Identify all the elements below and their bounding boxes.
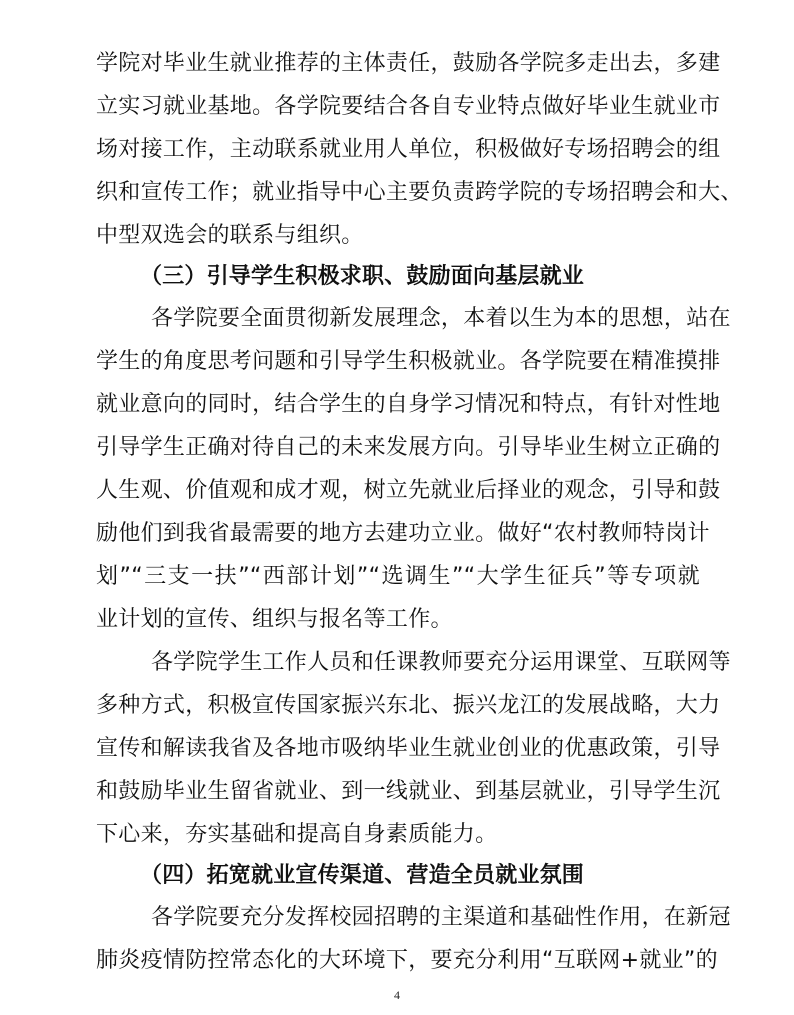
text-line: 多种方式，积极宣传国家振兴东北、振兴龙江的发展战略，大力 [96, 684, 700, 727]
text-line: 人生观、价值观和成才观，树立先就业后择业的观念，引导和鼓 [96, 469, 700, 512]
text-line: 引导学生正确对待自己的未来发展方向。引导毕业生树立正确的 [96, 426, 700, 469]
paragraph: 各学院学生工作人员和任课教师要充分运用课堂、互联网等 多种方式，积极宣传国家振兴… [96, 641, 700, 856]
text-line: 各学院要全面贯彻新发展理念，本着以生为本的思想，站在 [96, 297, 700, 340]
text-line: 就业意向的同时，结合学生的自身学习情况和特点，有针对性地 [96, 383, 700, 426]
section-heading: （三）引导学生积极求职、鼓励面向基层就业 [96, 257, 700, 297]
text-line: 划”“三支一扶”“西部计划”“选调生”“大学生征兵”等专项就 [96, 555, 700, 598]
page-number: 4 [0, 988, 794, 1003]
text-line: 宣传和解读我省及各地市吸纳毕业生就业创业的优惠政策，引导 [96, 727, 700, 770]
paragraph: 各学院要充分发挥校园招聘的主渠道和基础性作用，在新冠 肺炎疫情防控常态化的大环境… [96, 896, 700, 982]
text-line: 各学院要充分发挥校园招聘的主渠道和基础性作用，在新冠 [96, 896, 700, 939]
text-line: 励他们到我省最需要的地方去建功立业。做好“农村教师特岗计 [96, 512, 700, 555]
document-body: 学院对毕业生就业推荐的主体责任，鼓励各学院多走出去，多建 立实习就业基地。各学院… [96, 42, 700, 982]
text-line: 和鼓励毕业生留省就业、到一线就业、到基层就业，引导学生沉 [96, 770, 700, 813]
text-line: 各学院学生工作人员和任课教师要充分运用课堂、互联网等 [96, 641, 700, 684]
text-line: 场对接工作，主动联系就业用人单位，积极做好专场招聘会的组 [96, 128, 700, 171]
paragraph: 各学院要全面贯彻新发展理念，本着以生为本的思想，站在 学生的角度思考问题和引导学… [96, 297, 700, 641]
text-line: 下心来，夯实基础和提高自身素质能力。 [96, 813, 700, 856]
document-page: 学院对毕业生就业推荐的主体责任，鼓励各学院多走出去，多建 立实习就业基地。各学院… [0, 0, 794, 1015]
text-line: 中型双选会的联系与组织。 [96, 214, 700, 257]
paragraph: 学院对毕业生就业推荐的主体责任，鼓励各学院多走出去，多建 立实习就业基地。各学院… [96, 42, 700, 257]
text-line: 学院对毕业生就业推荐的主体责任，鼓励各学院多走出去，多建 [96, 42, 700, 85]
text-line: 学生的角度思考问题和引导学生积极就业。各学院要在精准摸排 [96, 340, 700, 383]
text-line: 业计划的宣传、组织与报名等工作。 [96, 598, 700, 641]
text-line: 立实习就业基地。各学院要结合各自专业特点做好毕业生就业市 [96, 85, 700, 128]
text-line: 织和宣传工作；就业指导中心主要负责跨学院的专场招聘会和大、 [96, 171, 700, 214]
text-line: 肺炎疫情防控常态化的大环境下，要充分利用“互联网+就业”的 [96, 939, 700, 982]
section-heading: （四）拓宽就业宣传渠道、营造全员就业氛围 [96, 856, 700, 896]
